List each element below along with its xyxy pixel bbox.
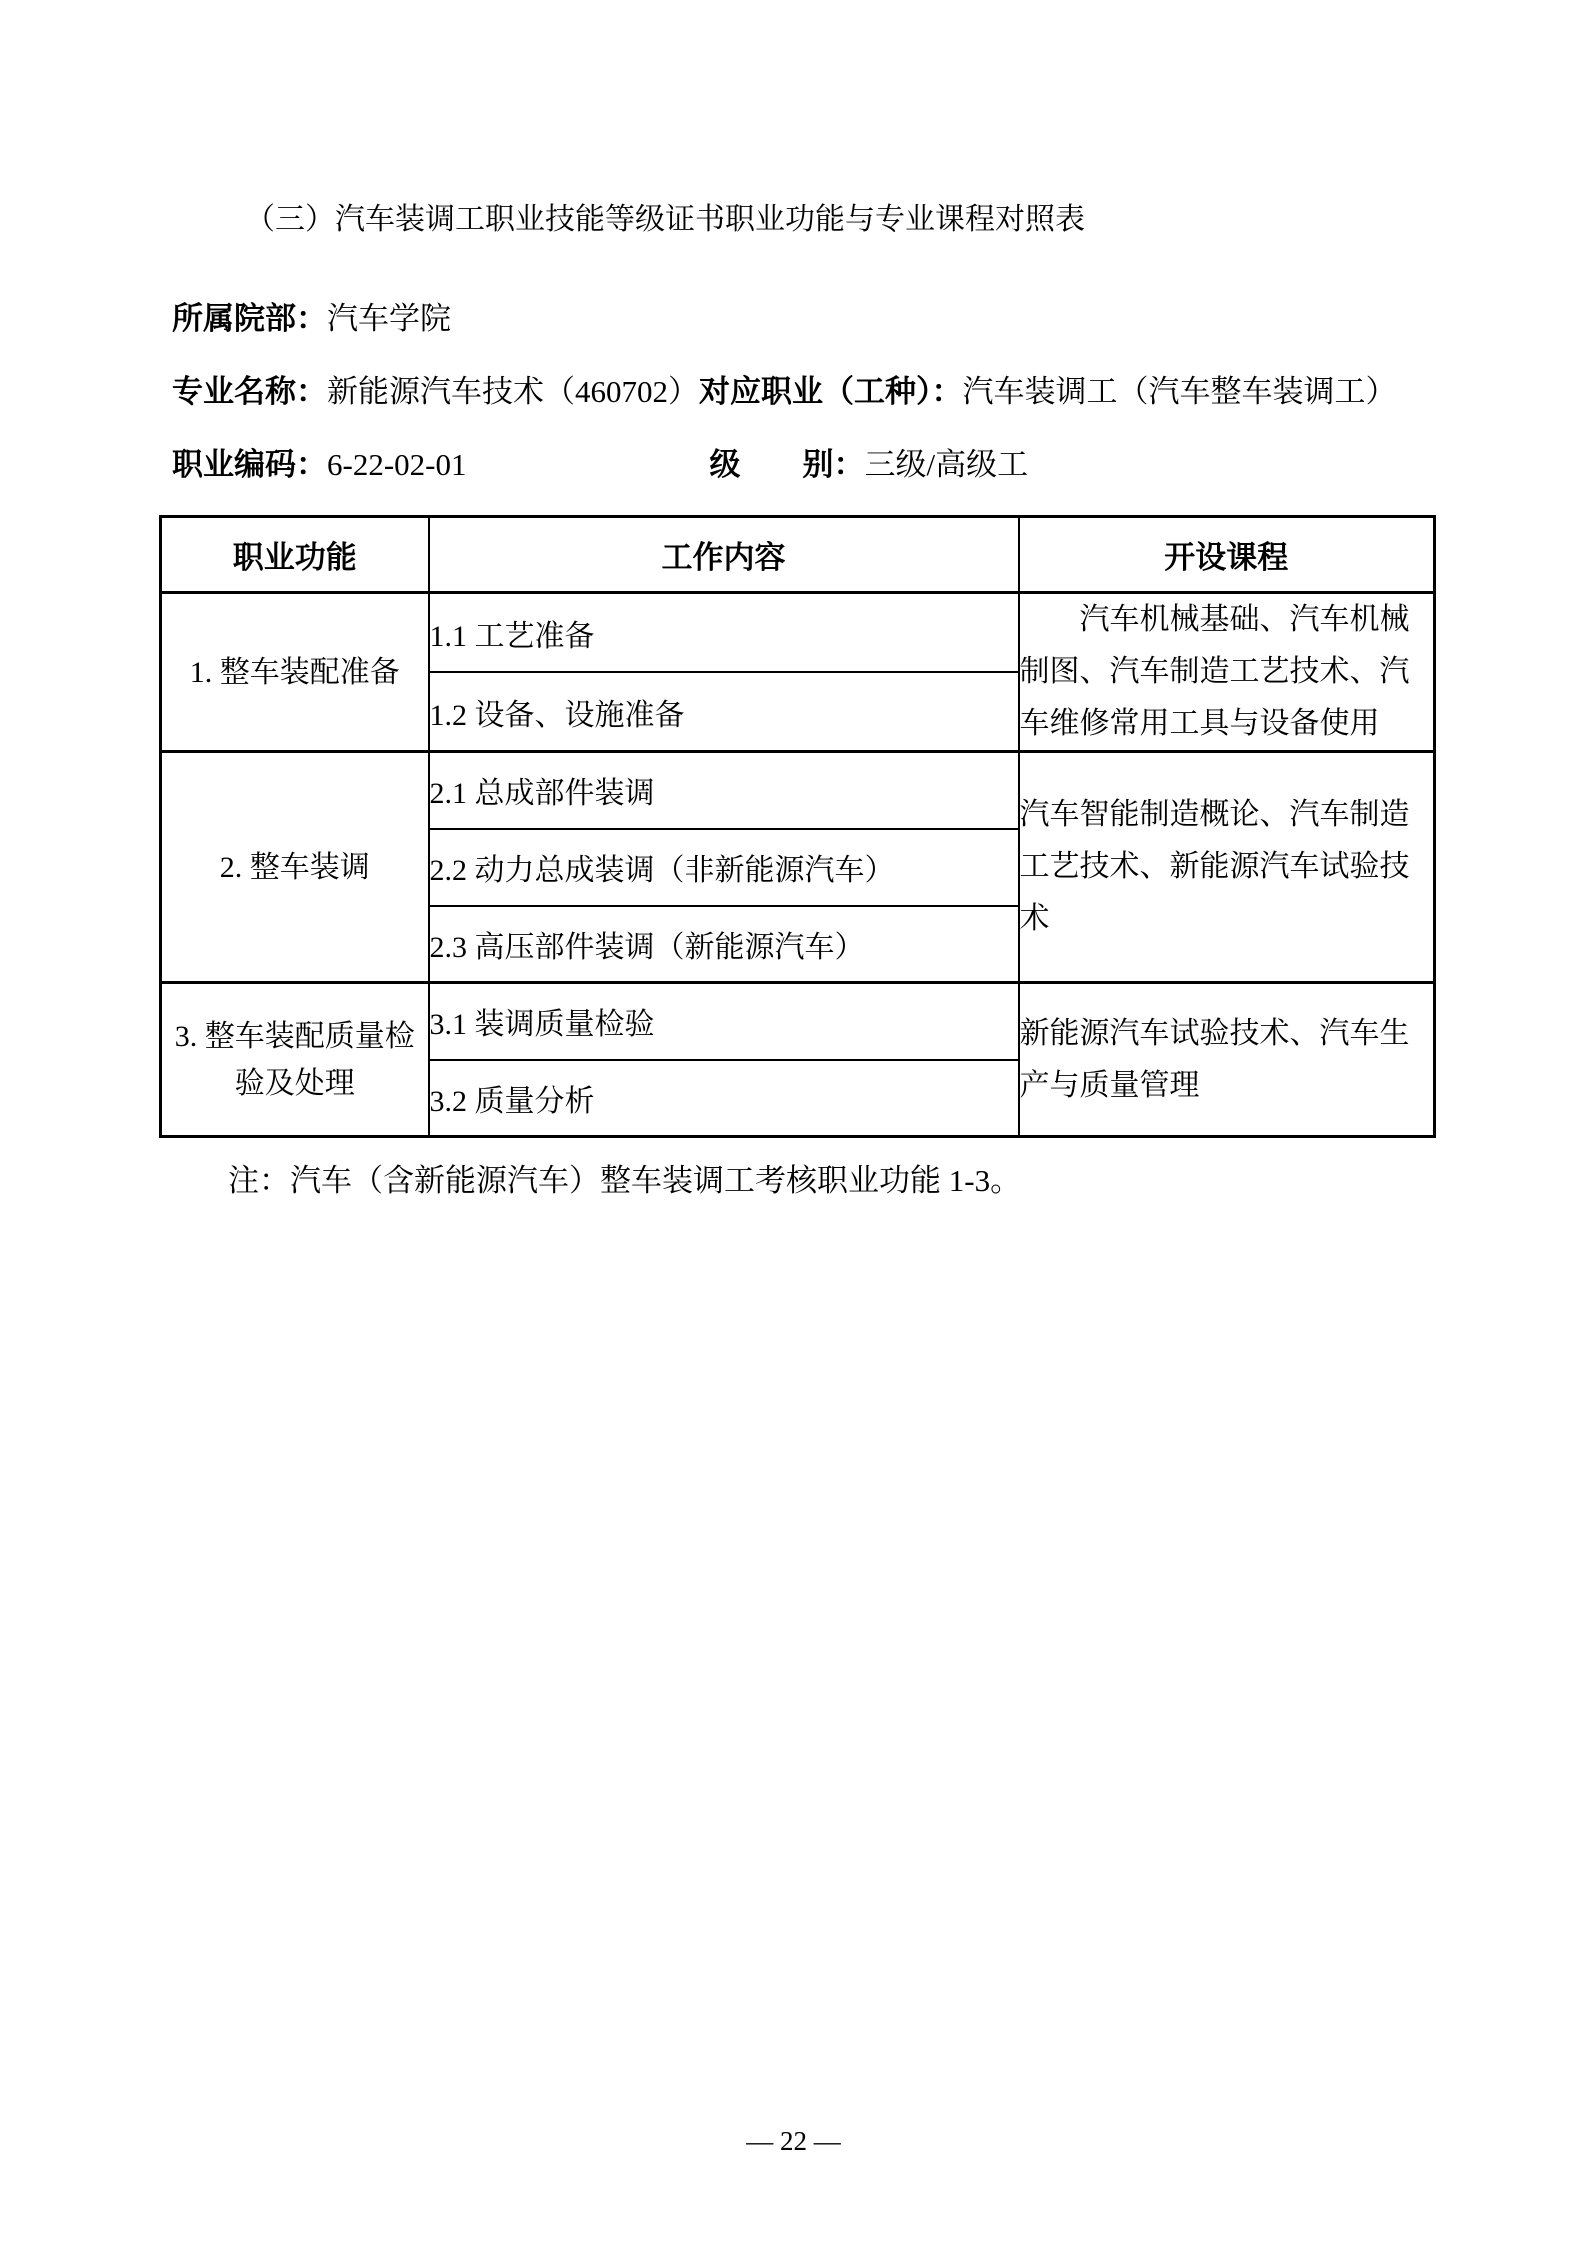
col-header-courses: 开设课程	[1019, 517, 1435, 593]
task-cell-2-2: 2.2 动力总成装调（非新能源汽车）	[429, 829, 1019, 906]
field-code-level: 职业编码：6-22-02-01级 别：三级/高级工	[172, 444, 1028, 486]
department-value: 汽车学院	[327, 301, 451, 336]
col-header-work-content: 工作内容	[429, 517, 1019, 593]
field-major: 专业名称：新能源汽车技术（460702）对应职业（工种）：汽车装调工（汽车整车装…	[172, 371, 1397, 413]
table-row: 1. 整车装配准备 1.1 工艺准备 汽车机械基础、汽车机械制图、汽车制造工艺技…	[161, 593, 1435, 673]
table-row: 3. 整车装配质量检验及处理 3.1 装调质量检验 新能源汽车试验技术、汽车生产…	[161, 983, 1435, 1060]
function-course-table: 职业功能 工作内容 开设课程 1. 整车装配准备 1.1 工艺准备 汽车机械基础…	[159, 515, 1436, 1138]
task-cell-3-1: 3.1 装调质量检验	[429, 983, 1019, 1060]
function-cell-2: 2. 整车装调	[161, 752, 429, 983]
code-value: 6-22-02-01	[327, 447, 466, 482]
level-group: 级 别：三级/高级工	[709, 444, 1028, 486]
field-department: 所属院部：汽车学院	[172, 298, 451, 340]
task-cell-2-3: 2.3 高压部件装调（新能源汽车）	[429, 906, 1019, 983]
task-cell-2-1: 2.1 总成部件装调	[429, 752, 1019, 829]
occupation-label: 对应职业（工种）：	[699, 374, 963, 409]
document-page: （三）汽车装调工职业技能等级证书职业功能与专业课程对照表 所属院部：汽车学院 专…	[0, 0, 1587, 2245]
level-label: 级 别：	[709, 447, 864, 482]
task-cell-3-2: 3.2 质量分析	[429, 1060, 1019, 1137]
courses-cell-3: 新能源汽车试验技术、汽车生产与质量管理	[1019, 983, 1435, 1137]
courses-cell-1: 汽车机械基础、汽车机械制图、汽车制造工艺技术、汽车维修常用工具与设备使用	[1019, 593, 1435, 752]
col-header-function: 职业功能	[161, 517, 429, 593]
footnote: 注：汽车（含新能源汽车）整车装调工考核职业功能 1-3。	[228, 1160, 1021, 1202]
major-value: 新能源汽车技术（460702）	[327, 374, 699, 409]
function-cell-3: 3. 整车装配质量检验及处理	[161, 983, 429, 1137]
table-header-row: 职业功能 工作内容 开设课程	[161, 517, 1435, 593]
page-number: — 22 —	[0, 2126, 1587, 2157]
courses-cell-2: 汽车智能制造概论、汽车制造工艺技术、新能源汽车试验技术	[1019, 752, 1435, 983]
code-label: 职业编码：	[172, 447, 327, 482]
occupation-value: 汽车装调工（汽车整车装调工）	[963, 374, 1397, 409]
department-label: 所属院部：	[172, 301, 327, 336]
section-heading: （三）汽车装调工职业技能等级证书职业功能与专业课程对照表	[245, 200, 1085, 240]
task-cell-1-1: 1.1 工艺准备	[429, 593, 1019, 673]
task-cell-1-2: 1.2 设备、设施准备	[429, 672, 1019, 752]
table-row: 2. 整车装调 2.1 总成部件装调 汽车智能制造概论、汽车制造工艺技术、新能源…	[161, 752, 1435, 829]
level-value: 三级/高级工	[864, 447, 1028, 482]
function-cell-1: 1. 整车装配准备	[161, 593, 429, 752]
major-label: 专业名称：	[172, 374, 327, 409]
